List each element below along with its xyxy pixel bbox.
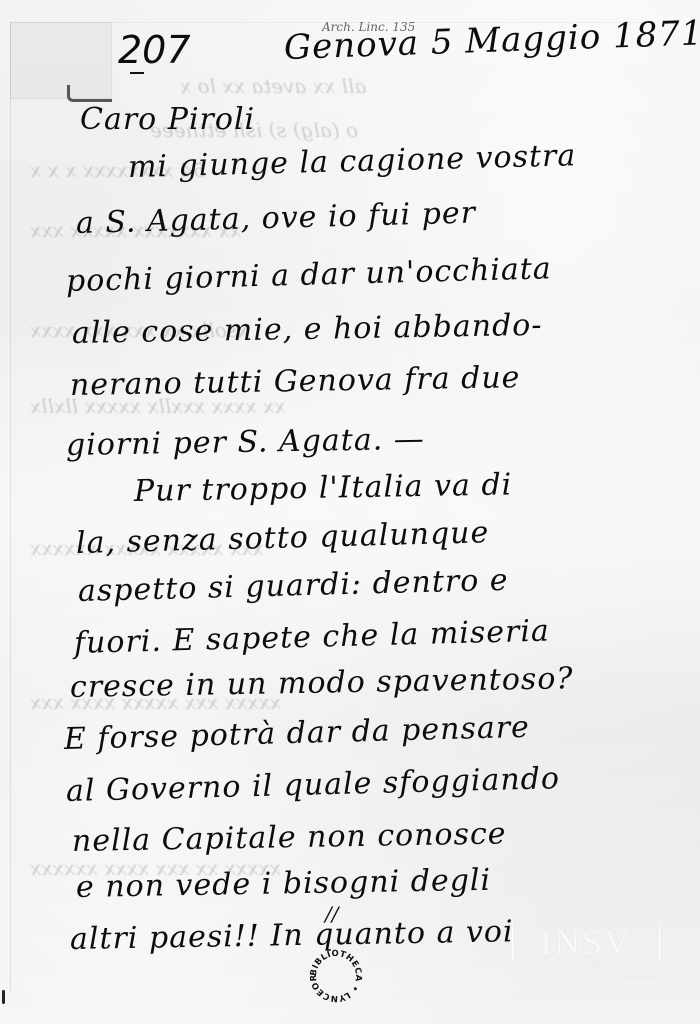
watermark-name: Istituto Nazionale di Studi Verdiani <box>512 962 660 972</box>
archive-label-mark <box>67 85 112 102</box>
stamp-ring-icon: BIBLIOTHECA • LYNCEORUM <box>305 945 367 1007</box>
page-number-underline <box>130 72 144 74</box>
watermark-logo: INSV <box>512 922 660 962</box>
bleed-through-text: all xx aveta xx lo x <box>180 74 366 98</box>
watermark-subtitle: Fondazione <box>512 972 660 981</box>
institution-watermark: INSV Istituto Nazionale di Studi Verdian… <box>512 922 660 988</box>
letter-page: all xx aveta xx lo x o (alg) s) ish etth… <box>0 0 700 1024</box>
archive-label-box <box>10 22 112 99</box>
letter-line: giorni per S. Agata. — <box>66 422 425 463</box>
letter-line: Pur troppo l'Italia va di <box>134 467 513 509</box>
letter-line: e non vede i bisogni degli <box>76 863 492 905</box>
library-stamp: BIBLIOTHECA • LYNCEORUM <box>305 945 367 1007</box>
salutation: Caro Piroli <box>80 102 255 137</box>
svg-text:BIBLIOTHECA • LYNCEORUM: BIBLIOTHECA • LYNCEORUM <box>305 945 363 1003</box>
margin-ink-mark <box>2 990 5 1004</box>
page-number: 207 <box>118 28 191 72</box>
